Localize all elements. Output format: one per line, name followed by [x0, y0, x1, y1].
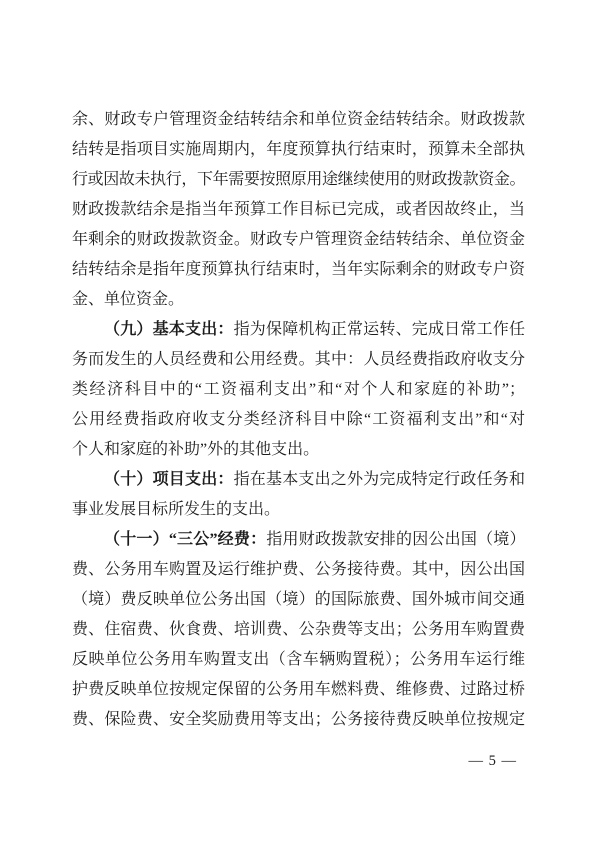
text-line: 财政拨款结余是指当年预算工作目标已完成，或者因故终止，当 — [72, 195, 525, 225]
line-text: 个人和家庭的补助”外的其他支出。 — [72, 441, 319, 458]
line-text: 类经济科目中的“工资福利支出”和“对个人和家庭的补助”； — [72, 381, 525, 398]
line-text: 指在基本支出之外为完成特定行政任务和 — [234, 471, 525, 488]
text-line: 护费反映单位按规定保留的公务用车燃料费、维修费、过路过桥 — [72, 675, 525, 705]
document-page: 余、财政专户管理资金结转结余和单位资金结转结余。财政拨款结转是指项目实施周期内，… — [0, 0, 596, 842]
text-line: （境）费反映单位公务出国（境）的国际旅费、国外城市间交通 — [72, 585, 525, 615]
text-line: 费、住宿费、伙食费、培训费、公杂费等支出；公务用车购置费 — [72, 615, 525, 645]
clause-heading: （十）项目支出： — [104, 471, 234, 488]
text-line: 费、公务用车购置及运行维护费、公务接待费。其中，因公出国 — [72, 555, 525, 585]
line-text: 护费反映单位按规定保留的公务用车燃料费、维修费、过路过桥 — [72, 681, 525, 698]
text-line: （十）项目支出：指在基本支出之外为完成特定行政任务和 — [72, 465, 525, 495]
line-text: 费、公务用车购置及运行维护费、公务接待费。其中，因公出国 — [72, 561, 525, 578]
clause-heading: （十一）“三公”经费： — [104, 531, 266, 548]
line-text: 年剩余的财政拨款资金。财政专户管理资金结转结余、单位资金 — [72, 231, 525, 248]
text-line: 结转结余是指年度预算执行结束时，当年实际剩余的财政专户资 — [72, 255, 525, 285]
text-line: 反映单位公务用车购置支出（含车辆购置税）；公务用车运行维 — [72, 645, 525, 675]
text-line: 公用经费指政府收支分类经济科目中除“工资福利支出”和“对 — [72, 405, 525, 435]
text-line: 行或因故未执行，下年需要按照原用途继续使用的财政拨款资金。 — [72, 165, 525, 195]
line-text: 指用财政拨款安排的因公出国（境） — [266, 531, 525, 548]
line-text: 财政拨款结余是指当年预算工作目标已完成，或者因故终止，当 — [72, 201, 525, 218]
line-text: （境）费反映单位公务出国（境）的国际旅费、国外城市间交通 — [72, 591, 525, 608]
line-text: 余、财政专户管理资金结转结余和单位资金结转结余。财政拨款 — [72, 111, 525, 128]
line-text: 费、保险费、安全奖励费用等支出；公务接待费反映单位按规定 — [72, 711, 525, 728]
text-line: 余、财政专户管理资金结转结余和单位资金结转结余。财政拨款 — [72, 105, 525, 135]
text-line: 类经济科目中的“工资福利支出”和“对个人和家庭的补助”； — [72, 375, 525, 405]
line-text: 指为保障机构正常运转、完成日常工作任 — [234, 321, 525, 338]
line-text: 事业发展目标所发生的支出。 — [72, 501, 280, 518]
text-line: （十一）“三公”经费：指用财政拨款安排的因公出国（境） — [72, 525, 525, 555]
line-text: 反映单位公务用车购置支出（含车辆购置税）；公务用车运行维 — [72, 651, 525, 668]
line-text: 行或因故未执行，下年需要按照原用途继续使用的财政拨款资金。 — [72, 171, 525, 188]
text-line: 结转是指项目实施周期内，年度预算执行结束时，预算未全部执 — [72, 135, 525, 165]
text-line: 个人和家庭的补助”外的其他支出。 — [72, 435, 525, 465]
text-line: 年剩余的财政拨款资金。财政专户管理资金结转结余、单位资金 — [72, 225, 525, 255]
text-line: 金、单位资金。 — [72, 285, 525, 315]
text-line: 事业发展目标所发生的支出。 — [72, 495, 525, 525]
text-line: 务而发生的人员经费和公用经费。其中：人员经费指政府收支分 — [72, 345, 525, 375]
line-text: 结转结余是指年度预算执行结束时，当年实际剩余的财政专户资 — [72, 261, 525, 278]
text-line: （九）基本支出：指为保障机构正常运转、完成日常工作任 — [72, 315, 525, 345]
line-text: 费、住宿费、伙食费、培训费、公杂费等支出；公务用车购置费 — [72, 621, 525, 638]
document-body: 余、财政专户管理资金结转结余和单位资金结转结余。财政拨款结转是指项目实施周期内，… — [72, 105, 525, 735]
line-text: 结转是指项目实施周期内，年度预算执行结束时，预算未全部执 — [72, 141, 525, 158]
line-text: 金、单位资金。 — [72, 291, 184, 308]
line-text: 公用经费指政府收支分类经济科目中除“工资福利支出”和“对 — [72, 411, 525, 428]
page-number: — 5 — — [469, 750, 518, 772]
clause-heading: （九）基本支出： — [104, 321, 234, 338]
text-line: 费、保险费、安全奖励费用等支出；公务接待费反映单位按规定 — [72, 705, 525, 735]
line-text: 务而发生的人员经费和公用经费。其中：人员经费指政府收支分 — [72, 351, 525, 368]
